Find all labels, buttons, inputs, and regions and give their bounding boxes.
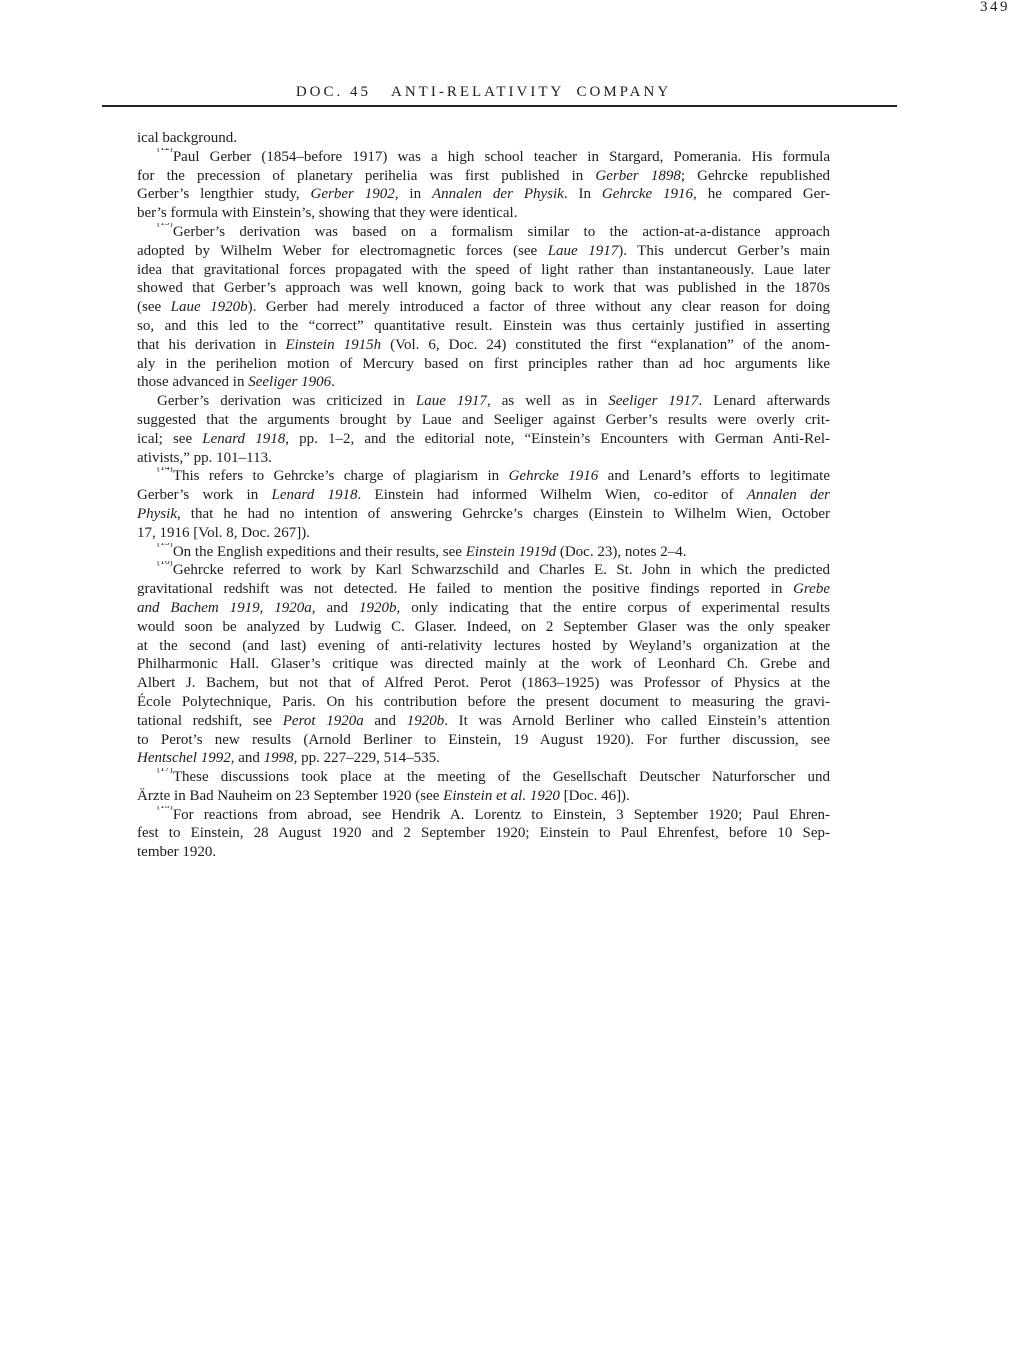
citation-text: Lenard 1918 (271, 487, 357, 503)
text-segment: , pp. 227–229, 514–535. (294, 750, 440, 766)
text-line: Gerber’s lengthier study, Gerber 1902, i… (137, 185, 830, 204)
text-line: for the precession of planetary periheli… (137, 167, 830, 186)
citation-text: Einstein 1915h (285, 337, 381, 353)
text-segment: and (364, 713, 407, 729)
text-segment: idea that gravitational forces propagate… (137, 262, 830, 278)
footnote-marker: [15] (157, 543, 173, 549)
text-segment: On the English expeditions and their res… (173, 544, 466, 560)
text-segment: (Vol. 6, Doc. 24) constituted the first … (381, 337, 830, 353)
text-line: [15]On the English expeditions and their… (137, 543, 830, 562)
text-line: Ärzte in Bad Nauheim on 23 September 192… (137, 787, 830, 806)
text-segment: and (316, 600, 359, 616)
text-segment: , and (231, 750, 264, 766)
text-segment: . (331, 374, 335, 390)
text-line: tational redshift, see Perot 1920a and 1… (137, 712, 830, 731)
text-segment: so, and this led to the “correct” quanti… (137, 318, 830, 334)
text-line: 17, 1916 [Vol. 8, Doc. 267]). (137, 524, 830, 543)
text-line: [18]For reactions from abroad, see Hendr… (137, 806, 830, 825)
citation-text: Annalen der Physik (432, 186, 564, 202)
text-segment: Albert J. Bachem, but not that of Alfred… (137, 675, 830, 691)
footnote-marker: [14] (157, 467, 173, 473)
text-segment: . Lenard afterwards (698, 393, 830, 409)
text-line: so, and this led to the “correct” quanti… (137, 317, 830, 336)
text-line: Philharmonic Hall. Glaser’s critique was… (137, 655, 830, 674)
text-line: Physik, that he had no intention of answ… (137, 505, 830, 524)
citation-text: Gehrcke 1916 (602, 186, 693, 202)
text-segment: would soon be analyzed by Ludwig C. Glas… (137, 619, 830, 635)
text-segment: These discussions took place at the meet… (173, 769, 830, 785)
citation-text: 1998 (264, 750, 294, 766)
text-segment: ical background. (137, 130, 237, 146)
text-segment: (see (137, 299, 171, 315)
citation-text: Gehrcke 1916 (509, 468, 599, 484)
text-line: would soon be analyzed by Ludwig C. Glas… (137, 618, 830, 637)
footnote-marker: [18] (157, 806, 173, 812)
text-line: adopted by Wilhelm Weber for electromagn… (137, 242, 830, 261)
text-line: showed that Gerber’s approach was well k… (137, 279, 830, 298)
text-line: [17]These discussions took place at the … (137, 768, 830, 787)
footnote-marker: [16] (157, 561, 173, 567)
text-segment: adopted by Wilhelm Weber for electromagn… (137, 243, 548, 259)
text-line: [16]Gehrcke referred to work by Karl Sch… (137, 561, 830, 580)
text-segment: to Perot’s new results (Arnold Berliner … (137, 732, 830, 748)
text-line: those advanced in Seeliger 1906. (137, 373, 830, 392)
citation-text: Lenard 1918 (202, 431, 285, 447)
text-segment: École Polytechnique, Paris. On his contr… (137, 694, 830, 710)
doc-title: ANTI-RELATIVITY COMPANY (391, 84, 671, 100)
text-segment: Gehrcke referred to work by Karl Schwarz… (173, 562, 830, 578)
text-segment: . Einstein had informed Wilhelm Wien, co… (358, 487, 747, 503)
text-segment: ; Gehrcke republished (681, 168, 830, 184)
text-segment: , as well as in (487, 393, 608, 409)
text-line: tember 1920. (137, 843, 830, 862)
text-line: [13]Gerber’s derivation was based on a f… (137, 223, 830, 242)
running-head: DOC. 45ANTI-RELATIVITY COMPANY (137, 85, 830, 105)
text-segment: . It was Arnold Berliner who called Eins… (444, 713, 830, 729)
text-segment: , he compared Ger- (693, 186, 830, 202)
citation-text: Annalen der (747, 487, 830, 503)
text-segment: [Doc. 46]). (560, 788, 630, 804)
citation-text: Perot 1920a (283, 713, 364, 729)
footnote-marker: [13] (157, 223, 173, 229)
text-segment: Gerber’s work in (137, 487, 271, 503)
header-rule (102, 105, 897, 107)
book-page: DOC. 45ANTI-RELATIVITY COMPANY 349 ical … (0, 0, 1020, 1361)
text-segment: suggested that the arguments brought by … (137, 412, 830, 428)
doc-label: DOC. 45 (296, 84, 371, 100)
text-segment: ical; see (137, 431, 202, 447)
citation-text: Gerber 1902, (311, 186, 399, 202)
text-segment: tember 1920. (137, 844, 216, 860)
text-line: aly in the perihelion motion of Mercury … (137, 355, 830, 374)
text-segment: aly in the perihelion motion of Mercury … (137, 356, 830, 372)
text-segment: . In (564, 186, 602, 202)
text-segment: ). This undercut Gerber’s main (618, 243, 830, 259)
text-segment: 17, 1916 [Vol. 8, Doc. 267]). (137, 525, 310, 541)
text-segment: (Doc. 23), notes 2–4. (556, 544, 686, 560)
text-line: ber’s formula with Einstein’s, showing t… (137, 204, 830, 223)
text-segment: fest to Einstein, 28 August 1920 and 2 S… (137, 825, 830, 841)
citation-text: Laue 1920b (171, 299, 248, 315)
text-segment: ). Gerber had merely introduced a factor… (248, 299, 830, 315)
text-line: that his derivation in Einstein 1915h (V… (137, 336, 830, 355)
text-segment: in (399, 186, 433, 202)
footnote-marker: [17] (157, 768, 173, 774)
text-segment: Gerber’s derivation was criticized in (157, 393, 416, 409)
text-segment: This refers to Gehrcke’s charge of plagi… (173, 468, 509, 484)
text-line: ativists,” pp. 101–113. (137, 449, 830, 468)
text-segment: Paul Gerber (1854–before 1917) was a hig… (173, 149, 830, 165)
text-segment: Ärzte in Bad Nauheim on 23 September 192… (137, 788, 443, 804)
text-segment: Philharmonic Hall. Glaser’s critique was… (137, 656, 830, 672)
text-line: [14]This refers to Gehrcke’s charge of p… (137, 467, 830, 486)
citation-text: Gerber 1898 (595, 168, 680, 184)
citation-text: Laue 1917 (416, 393, 487, 409)
citation-text: Seeliger 1906 (248, 374, 331, 390)
text-line: Hentschel 1992, and 1998, pp. 227–229, 5… (137, 749, 830, 768)
text-line: fest to Einstein, 28 August 1920 and 2 S… (137, 824, 830, 843)
text-segment: Gerber’s derivation was based on a forma… (173, 224, 830, 240)
text-line: ical background. (137, 129, 830, 148)
text-line: Gerber’s derivation was criticized in La… (137, 392, 830, 411)
citation-text: Physik (137, 506, 177, 522)
text-line: suggested that the arguments brought by … (137, 411, 830, 430)
text-segment: those advanced in (137, 374, 248, 390)
citation-text: Grebe (793, 581, 830, 597)
text-segment: that his derivation in (137, 337, 285, 353)
text-line: and Bachem 1919, 1920a, and 1920b, only … (137, 599, 830, 618)
text-line: (see Laue 1920b). Gerber had merely intr… (137, 298, 830, 317)
citation-text: 1920b (359, 600, 397, 616)
text-line: to Perot’s new results (Arnold Berliner … (137, 731, 830, 750)
text-segment: tational redshift, see (137, 713, 283, 729)
text-segment: , only indicating that the entire corpus… (397, 600, 830, 616)
text-segment: , that he had no intention of answering … (177, 506, 830, 522)
page-number: 349 (980, 0, 1010, 15)
citation-text: 1920b (407, 713, 445, 729)
citation-text: Einstein et al. 1920 (443, 788, 560, 804)
text-segment: and Lenard’s efforts to legitimate (598, 468, 830, 484)
text-segment: Gerber’s lengthier study, (137, 186, 311, 202)
citation-text: Hentschel 1992 (137, 750, 231, 766)
text-segment: , pp. 1–2, and the editorial note, “Eins… (285, 431, 830, 447)
text-segment: for the precession of planetary periheli… (137, 168, 595, 184)
citation-text: Einstein 1919d (466, 544, 556, 560)
text-segment: showed that Gerber’s approach was well k… (137, 280, 830, 296)
text-line: Gerber’s work in Lenard 1918. Einstein h… (137, 486, 830, 505)
citation-text: and Bachem 1919, 1920a, (137, 600, 316, 616)
text-line: idea that gravitational forces propagate… (137, 261, 830, 280)
text-line: gravitational redshift was not detected.… (137, 580, 830, 599)
text-segment: For reactions from abroad, see Hendrik A… (173, 807, 830, 823)
citation-text: Laue 1917 (548, 243, 619, 259)
footnote-marker: [12] (157, 148, 173, 154)
text-line: École Polytechnique, Paris. On his contr… (137, 693, 830, 712)
citation-text: Seeliger 1917 (608, 393, 698, 409)
text-segment: ber’s formula with Einstein’s, showing t… (137, 205, 517, 221)
text-line: ical; see Lenard 1918, pp. 1–2, and the … (137, 430, 830, 449)
text-segment: at the second (and last) evening of anti… (137, 638, 830, 654)
text-segment: gravitational redshift was not detected.… (137, 581, 793, 597)
text-segment: ativists,” pp. 101–113. (137, 450, 272, 466)
text-line: Albert J. Bachem, but not that of Alfred… (137, 674, 830, 693)
text-line: [12]Paul Gerber (1854–before 1917) was a… (137, 148, 830, 167)
text-line: at the second (and last) evening of anti… (137, 637, 830, 656)
body-text: ical background.[12]Paul Gerber (1854–be… (137, 129, 830, 862)
